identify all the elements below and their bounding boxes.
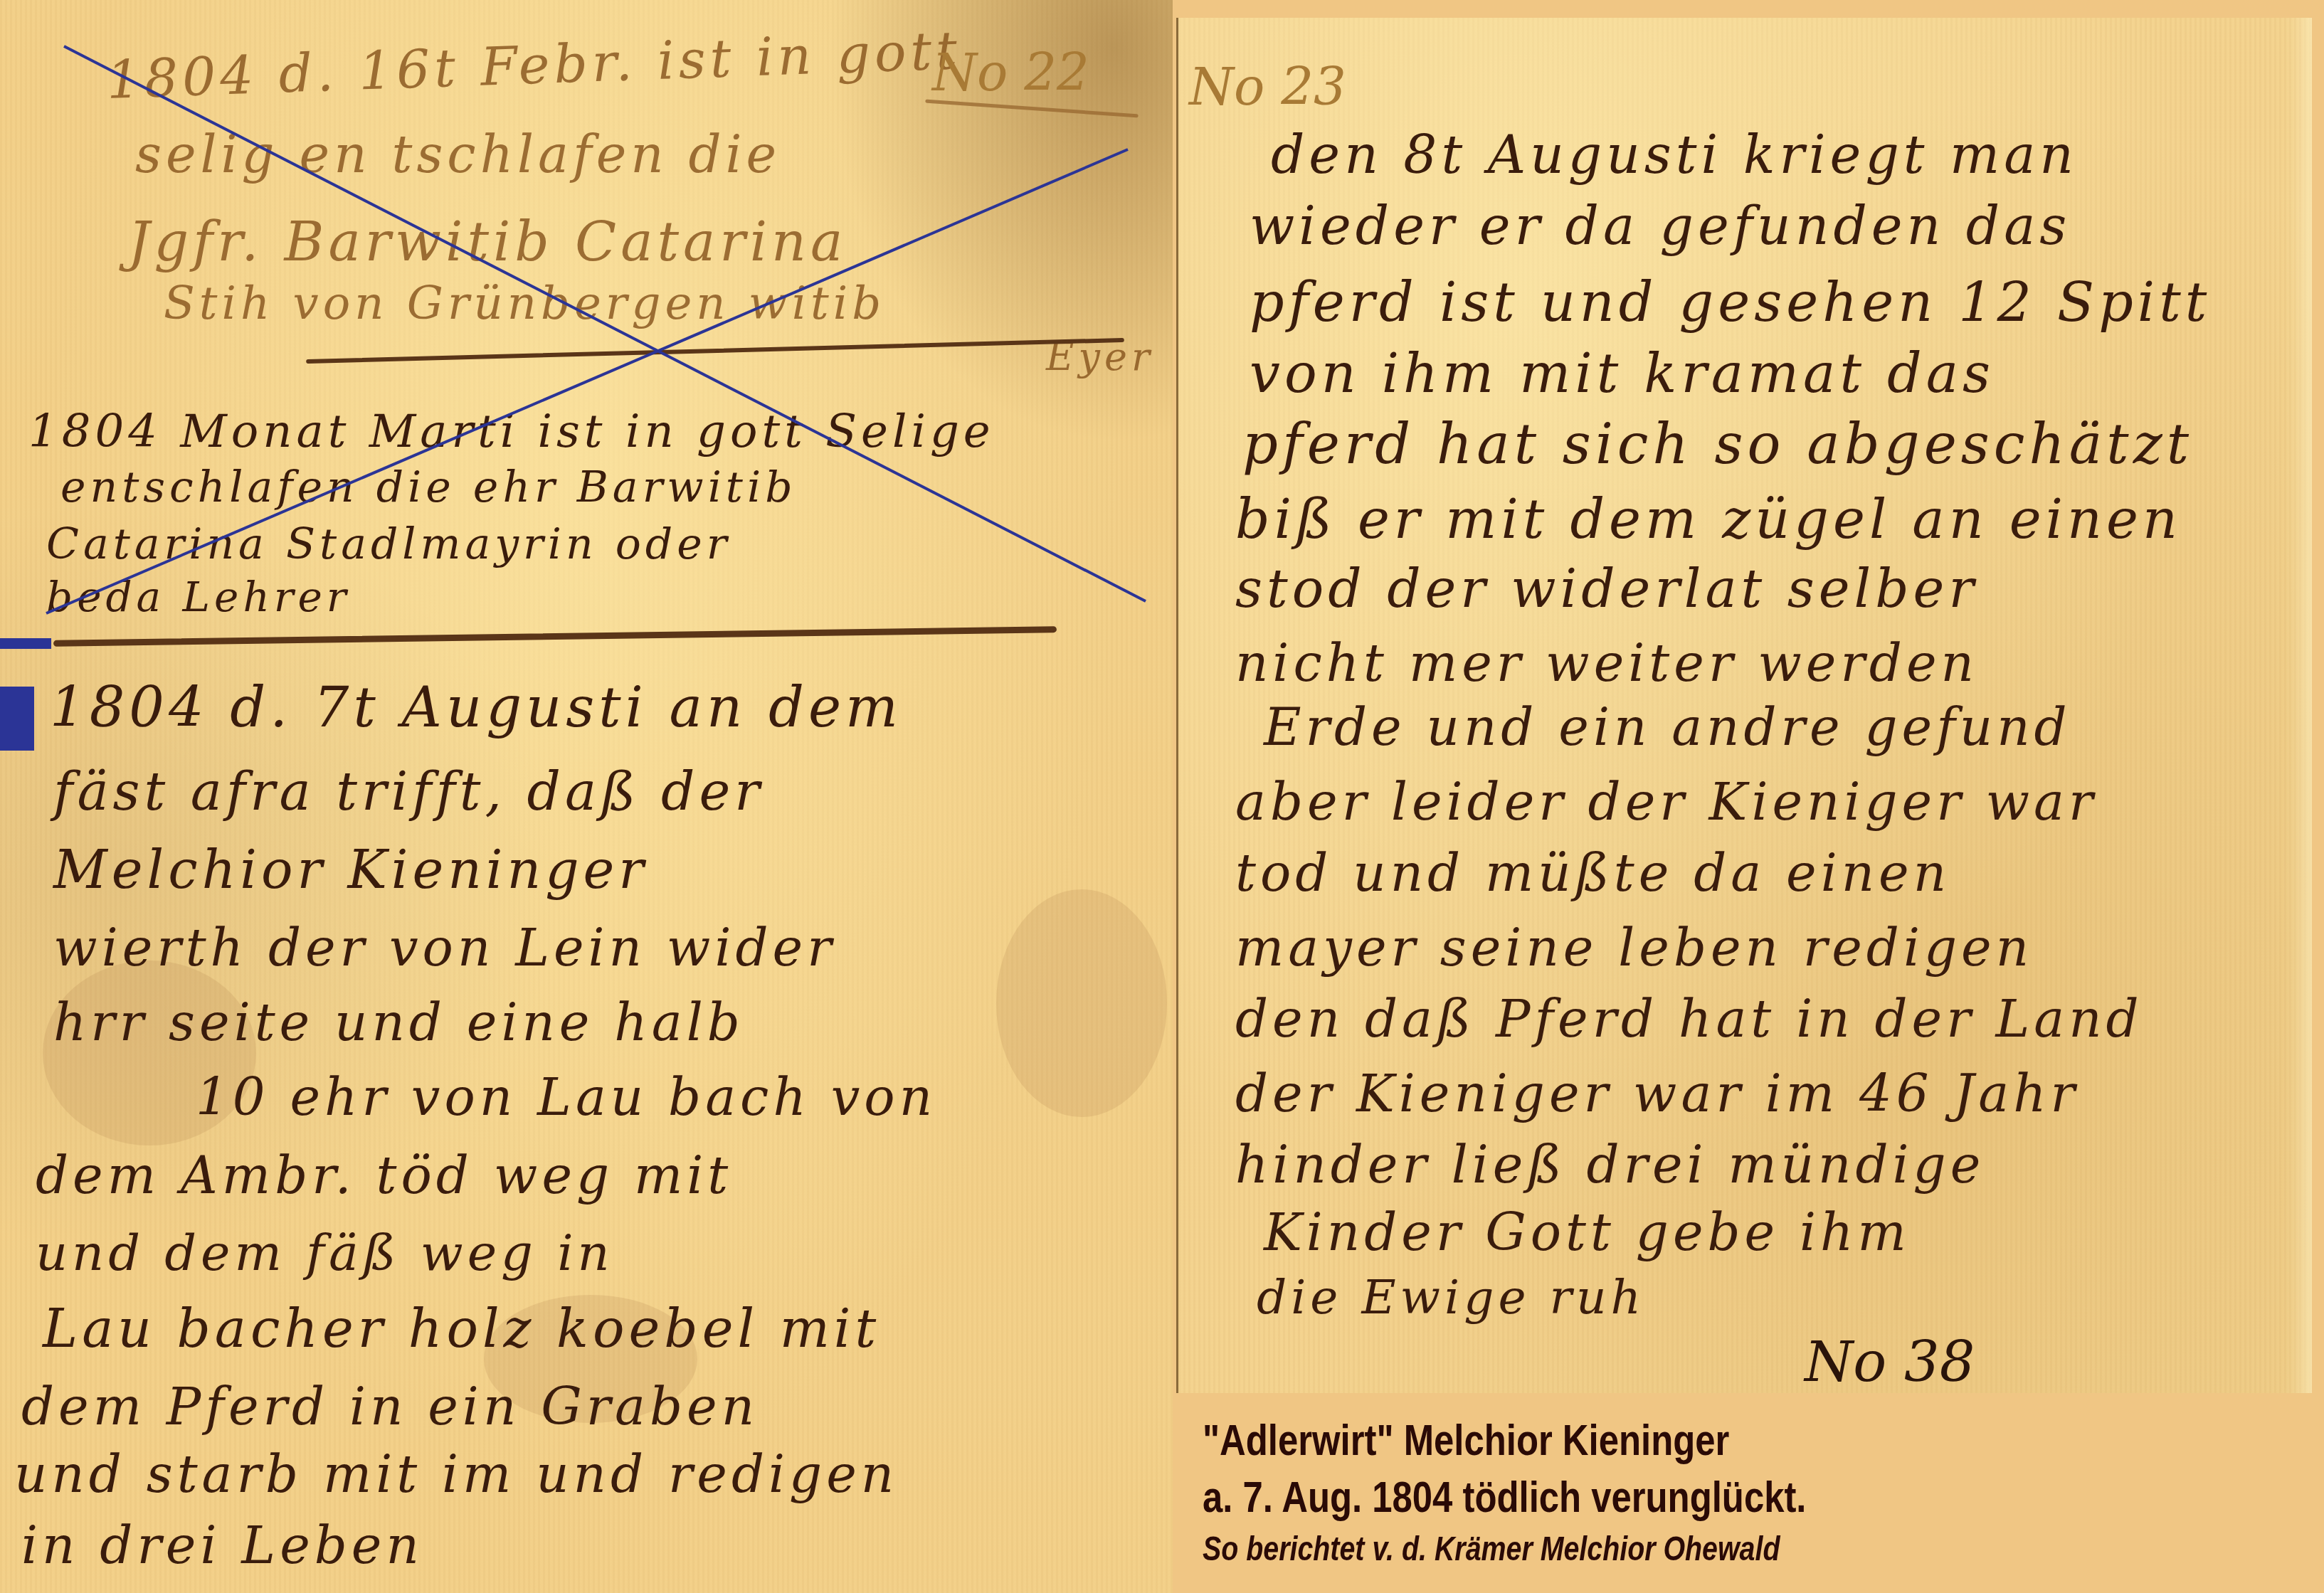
blue-edge-bar — [0, 638, 51, 649]
handwritten-line: Lau bacher holz koebel mit — [43, 1298, 880, 1360]
separator-rule — [53, 626, 1057, 647]
handwritten-line: 10 ehr von Lau bach von — [196, 1067, 936, 1127]
record-number-signature: No 38 — [1805, 1330, 1975, 1393]
entry-number-label: No 23 — [1189, 57, 1346, 117]
handwritten-line: Melchior Kieninger — [53, 840, 648, 901]
handwritten-line: mayer seine leben redigen — [1235, 918, 2033, 978]
handwritten-line: in drei Leben — [21, 1515, 423, 1575]
handwritten-line: hinder ließ drei mündige — [1235, 1135, 1985, 1195]
caption-block: "Adlerwirt" Melchior Kieninger a. 7. Aug… — [1203, 1412, 2313, 1573]
handwritten-line: dem Ambr. töd weg mit — [36, 1145, 732, 1205]
handwritten-line: und dem fäß weg in — [36, 1224, 614, 1282]
handwritten-line: selig en tschlafen die — [135, 125, 781, 184]
right-manuscript-page: No 23 den 8t Augusti kriegt man wieder e… — [1176, 18, 2312, 1393]
handwritten-line: dem Pferd in ein Graben — [21, 1377, 759, 1436]
handwritten-line: tod und müßte da einen — [1235, 843, 1950, 903]
handwritten-line: Jgfr. Barwitib Catarina — [128, 210, 847, 273]
paper-stain — [996, 889, 1167, 1117]
handwritten-line: wieder er da gefunden das — [1250, 196, 2071, 257]
handwritten-line: beda Lehrer — [46, 573, 351, 621]
left-manuscript-page: 1804 d. 16t Febr. ist in gott No 22 seli… — [0, 0, 1173, 1593]
handwritten-line: hrr seite und eine halb — [53, 993, 744, 1052]
caption-source: So berichtet v. d. Krämer Melchior Ohewa… — [1203, 1526, 2113, 1573]
handwritten-line: aber leider der Kieniger war — [1235, 772, 2097, 832]
entry-number-label: No 22 — [932, 43, 1089, 102]
handwritten-line: Stih von Grünbergen witib — [164, 277, 885, 330]
handwritten-line: fäst afra trifft, daß der — [53, 761, 764, 822]
handwritten-line: 1804 d. 7t Augusti an dem — [50, 676, 902, 740]
handwritten-line: 1804 Monat Marti ist in gott Selige — [28, 406, 995, 458]
blue-edge-block — [0, 687, 34, 751]
handwritten-line: den daß Pferd hat in der Land — [1235, 989, 2143, 1049]
handwritten-line: von ihm mit kramat das — [1250, 342, 1995, 405]
handwritten-line: der Kieniger war im 46 Jahr — [1235, 1064, 2079, 1123]
handwritten-line: pferd hat sich so abgeschätzt — [1242, 413, 2193, 477]
handwritten-line: Catarina Stadlmayrin oder — [46, 519, 731, 569]
handwritten-line: die Ewige ruh — [1257, 1270, 1645, 1325]
handwritten-line: und starb mit im und redigen — [14, 1444, 898, 1504]
caption-date-event: a. 7. Aug. 1804 tödlich verunglückt. — [1203, 1469, 2113, 1526]
handwritten-line: den 8t Augusti kriegt man — [1271, 125, 2078, 186]
handwritten-line: 1804 d. 16t Febr. ist in gott — [105, 20, 962, 111]
separator-rule — [306, 338, 1124, 364]
caption-title: "Adlerwirt" Melchior Kieninger — [1203, 1412, 2113, 1469]
handwritten-line: entschlafen die ehr Barwitib — [60, 462, 797, 512]
handwritten-line: Kinder Gott gebe ihm — [1264, 1202, 1911, 1262]
handwritten-line: wierth der von Lein wider — [53, 918, 836, 978]
handwritten-line: stod der widerlat selber — [1235, 559, 1978, 620]
handwritten-line: biß er mit dem zügel an einen — [1235, 487, 2182, 551]
handwritten-line: Erde und ein andre gefund — [1264, 697, 2071, 757]
handwritten-line: pferd ist und gesehen 12 Spitt — [1250, 270, 2211, 334]
handwritten-line: nicht mer weiter werden — [1235, 633, 1978, 693]
